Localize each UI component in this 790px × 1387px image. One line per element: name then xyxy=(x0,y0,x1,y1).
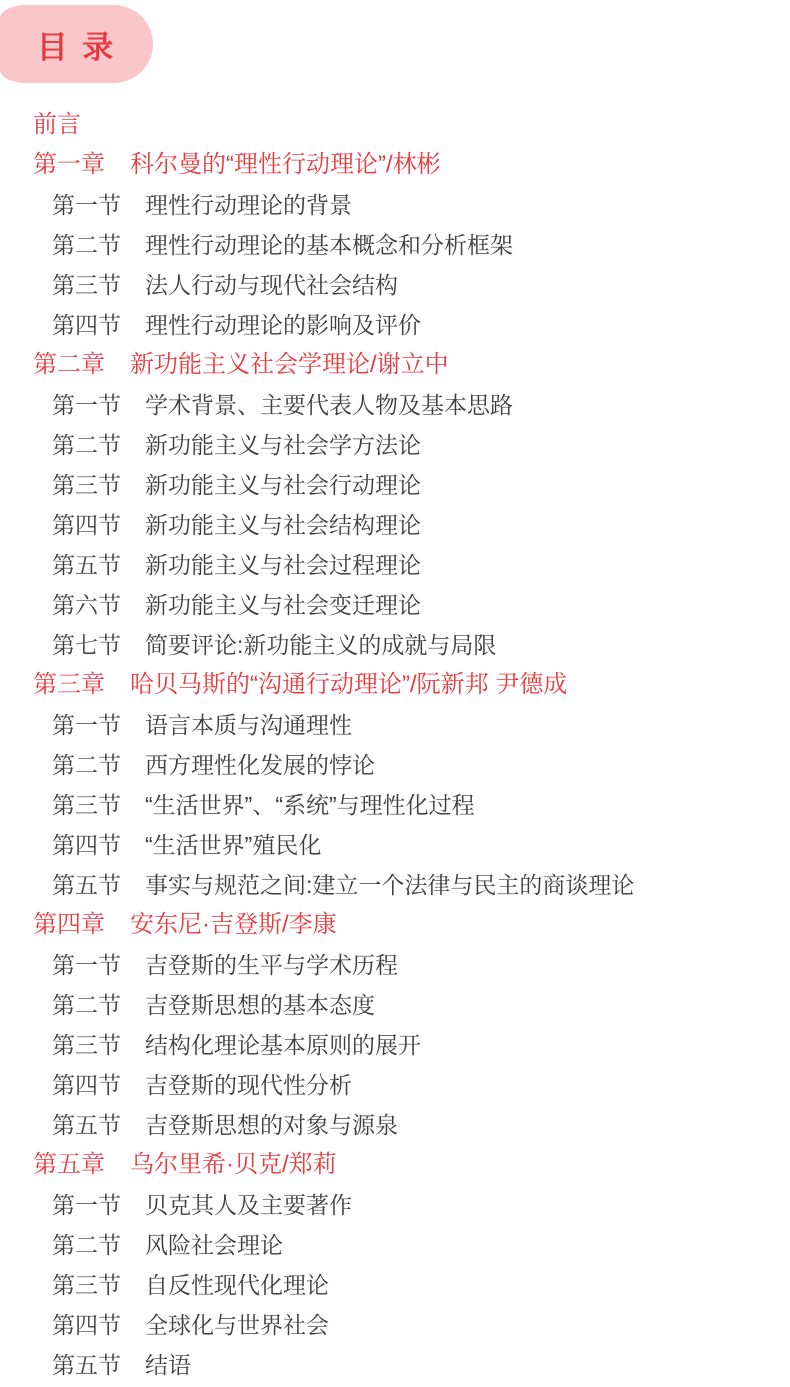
toc-item-chapter-3[interactable]: 第三章哈贝马斯的“沟通行动理论”/阮新邦 尹德成 xyxy=(0,665,790,705)
section-label: 第四节 xyxy=(52,1072,121,1098)
section-label: 第三节 xyxy=(52,1272,121,1298)
section-title: 吉登斯的现代性分析 xyxy=(145,1072,352,1098)
toc-item-section-2-4[interactable]: 第四节新功能主义与社会结构理论 xyxy=(0,505,790,545)
section-label: 第二节 xyxy=(52,1232,121,1258)
section-title: 结语 xyxy=(145,1352,191,1378)
section-label: 第一节 xyxy=(52,712,121,738)
section-label: 第五节 xyxy=(52,1112,121,1138)
section-title: 全球化与世界社会 xyxy=(145,1312,329,1338)
section-label: 第一节 xyxy=(52,1192,121,1218)
toc-item-chapter-1[interactable]: 第一章科尔曼的“理性行动理论”/林彬 xyxy=(0,145,790,185)
section-title: “生活世界”殖民化 xyxy=(145,832,321,858)
section-label: 第二节 xyxy=(52,992,121,1018)
section-label: 第二节 xyxy=(52,752,121,778)
toc-item-chapter-5[interactable]: 第五章乌尔里希·贝克/郑莉 xyxy=(0,1145,790,1185)
toc-item-section-4-2[interactable]: 第二节吉登斯思想的基本态度 xyxy=(0,985,790,1025)
toc-header-badge: 目 录 xyxy=(0,5,153,83)
section-label: 第一节 xyxy=(52,392,121,418)
section-title: 新功能主义与社会变迁理论 xyxy=(145,592,421,618)
toc-item-section-2-1[interactable]: 第一节学术背景、主要代表人物及基本思路 xyxy=(0,385,790,425)
chapter-title: 科尔曼的“理性行动理论”/林彬 xyxy=(130,151,441,178)
section-title: 贝克其人及主要著作 xyxy=(145,1192,352,1218)
toc-item-section-1-3[interactable]: 第三节法人行动与现代社会结构 xyxy=(0,265,790,305)
chapter-label: 第一章 xyxy=(33,151,105,178)
section-title: 学术背景、主要代表人物及基本思路 xyxy=(145,392,513,418)
section-label: 第一节 xyxy=(52,952,121,978)
section-label: 第五节 xyxy=(52,1352,121,1378)
section-title: 语言本质与沟通理性 xyxy=(145,712,352,738)
toc-item-section-1-4[interactable]: 第四节理性行动理论的影响及评价 xyxy=(0,305,790,345)
toc-item-section-3-2[interactable]: 第二节西方理性化发展的悖论 xyxy=(0,745,790,785)
section-label: 第三节 xyxy=(52,792,121,818)
section-label: 第一节 xyxy=(52,192,121,218)
section-title: 事实与规范之间:建立一个法律与民主的商谈理论 xyxy=(145,872,634,898)
toc-item-section-2-7[interactable]: 第七节简要评论:新功能主义的成就与局限 xyxy=(0,625,790,665)
chapter-label: 第三章 xyxy=(33,671,105,698)
toc-item-section-4-4[interactable]: 第四节吉登斯的现代性分析 xyxy=(0,1065,790,1105)
toc-item-chapter-4[interactable]: 第四章安东尼·吉登斯/李康 xyxy=(0,905,790,945)
section-label: 第七节 xyxy=(52,632,121,658)
toc-item-section-5-3[interactable]: 第三节自反性现代化理论 xyxy=(0,1265,790,1305)
section-label: 第三节 xyxy=(52,1032,121,1058)
toc-item-section-1-1[interactable]: 第一节理性行动理论的背景 xyxy=(0,185,790,225)
toc-item-section-2-6[interactable]: 第六节新功能主义与社会变迁理论 xyxy=(0,585,790,625)
toc-item-section-2-5[interactable]: 第五节新功能主义与社会过程理论 xyxy=(0,545,790,585)
section-title: 自反性现代化理论 xyxy=(145,1272,329,1298)
section-title: 新功能主义与社会过程理论 xyxy=(145,552,421,578)
section-title: 结构化理论基本原则的展开 xyxy=(145,1032,421,1058)
section-title: “生活世界”、“系统”与理性化过程 xyxy=(145,792,475,818)
section-label: 第二节 xyxy=(52,232,121,258)
preface-label: 前言 xyxy=(33,111,81,138)
chapter-label: 第二章 xyxy=(33,351,105,378)
section-title: 新功能主义与社会行动理论 xyxy=(145,472,421,498)
section-label: 第五节 xyxy=(52,872,121,898)
section-label: 第四节 xyxy=(52,832,121,858)
toc-item-section-5-4[interactable]: 第四节全球化与世界社会 xyxy=(0,1305,790,1345)
section-label: 第四节 xyxy=(52,1312,121,1338)
section-title: 简要评论:新功能主义的成就与局限 xyxy=(145,632,496,658)
section-title: 新功能主义与社会结构理论 xyxy=(145,512,421,538)
toc-item-section-3-3[interactable]: 第三节“生活世界”、“系统”与理性化过程 xyxy=(0,785,790,825)
toc-item-section-3-1[interactable]: 第一节语言本质与沟通理性 xyxy=(0,705,790,745)
toc-list: 前言 第一章科尔曼的“理性行动理论”/林彬 第一节理性行动理论的背景 第二节理性… xyxy=(0,105,790,1385)
section-label: 第三节 xyxy=(52,272,121,298)
section-title: 吉登斯思想的基本态度 xyxy=(145,992,375,1018)
toc-item-section-4-1[interactable]: 第一节吉登斯的生平与学术历程 xyxy=(0,945,790,985)
page-title: 目 录 xyxy=(37,22,117,67)
toc-item-section-4-5[interactable]: 第五节吉登斯思想的对象与源泉 xyxy=(0,1105,790,1145)
section-title: 理性行动理论的影响及评价 xyxy=(145,312,421,338)
section-title: 吉登斯思想的对象与源泉 xyxy=(145,1112,398,1138)
toc-item-section-1-2[interactable]: 第二节理性行动理论的基本概念和分析框架 xyxy=(0,225,790,265)
toc-item-section-5-1[interactable]: 第一节贝克其人及主要著作 xyxy=(0,1185,790,1225)
section-label: 第四节 xyxy=(52,312,121,338)
section-label: 第三节 xyxy=(52,472,121,498)
toc-item-section-5-2[interactable]: 第二节风险社会理论 xyxy=(0,1225,790,1265)
section-title: 理性行动理论的基本概念和分析框架 xyxy=(145,232,513,258)
toc-item-section-4-3[interactable]: 第三节结构化理论基本原则的展开 xyxy=(0,1025,790,1065)
section-title: 法人行动与现代社会结构 xyxy=(145,272,398,298)
section-label: 第五节 xyxy=(52,552,121,578)
toc-item-preface[interactable]: 前言 xyxy=(0,105,790,145)
toc-item-section-3-4[interactable]: 第四节“生活世界”殖民化 xyxy=(0,825,790,865)
section-title: 理性行动理论的背景 xyxy=(145,192,352,218)
chapter-title: 新功能主义社会学理论/谢立中 xyxy=(130,351,449,378)
chapter-title: 安东尼·吉登斯/李康 xyxy=(130,911,337,938)
section-title: 西方理性化发展的悖论 xyxy=(145,752,375,778)
section-label: 第四节 xyxy=(52,512,121,538)
section-label: 第六节 xyxy=(52,592,121,618)
chapter-label: 第四章 xyxy=(33,911,105,938)
toc-item-section-2-2[interactable]: 第二节新功能主义与社会学方法论 xyxy=(0,425,790,465)
section-title: 吉登斯的生平与学术历程 xyxy=(145,952,398,978)
section-title: 风险社会理论 xyxy=(145,1232,283,1258)
toc-item-chapter-2[interactable]: 第二章新功能主义社会学理论/谢立中 xyxy=(0,345,790,385)
chapter-label: 第五章 xyxy=(33,1151,105,1178)
section-label: 第二节 xyxy=(52,432,121,458)
toc-item-section-3-5[interactable]: 第五节事实与规范之间:建立一个法律与民主的商谈理论 xyxy=(0,865,790,905)
toc-item-section-5-5[interactable]: 第五节结语 xyxy=(0,1345,790,1385)
chapter-title: 乌尔里希·贝克/郑莉 xyxy=(130,1151,337,1178)
chapter-title: 哈贝马斯的“沟通行动理论”/阮新邦 尹德成 xyxy=(130,671,567,698)
toc-item-section-2-3[interactable]: 第三节新功能主义与社会行动理论 xyxy=(0,465,790,505)
section-title: 新功能主义与社会学方法论 xyxy=(145,432,421,458)
